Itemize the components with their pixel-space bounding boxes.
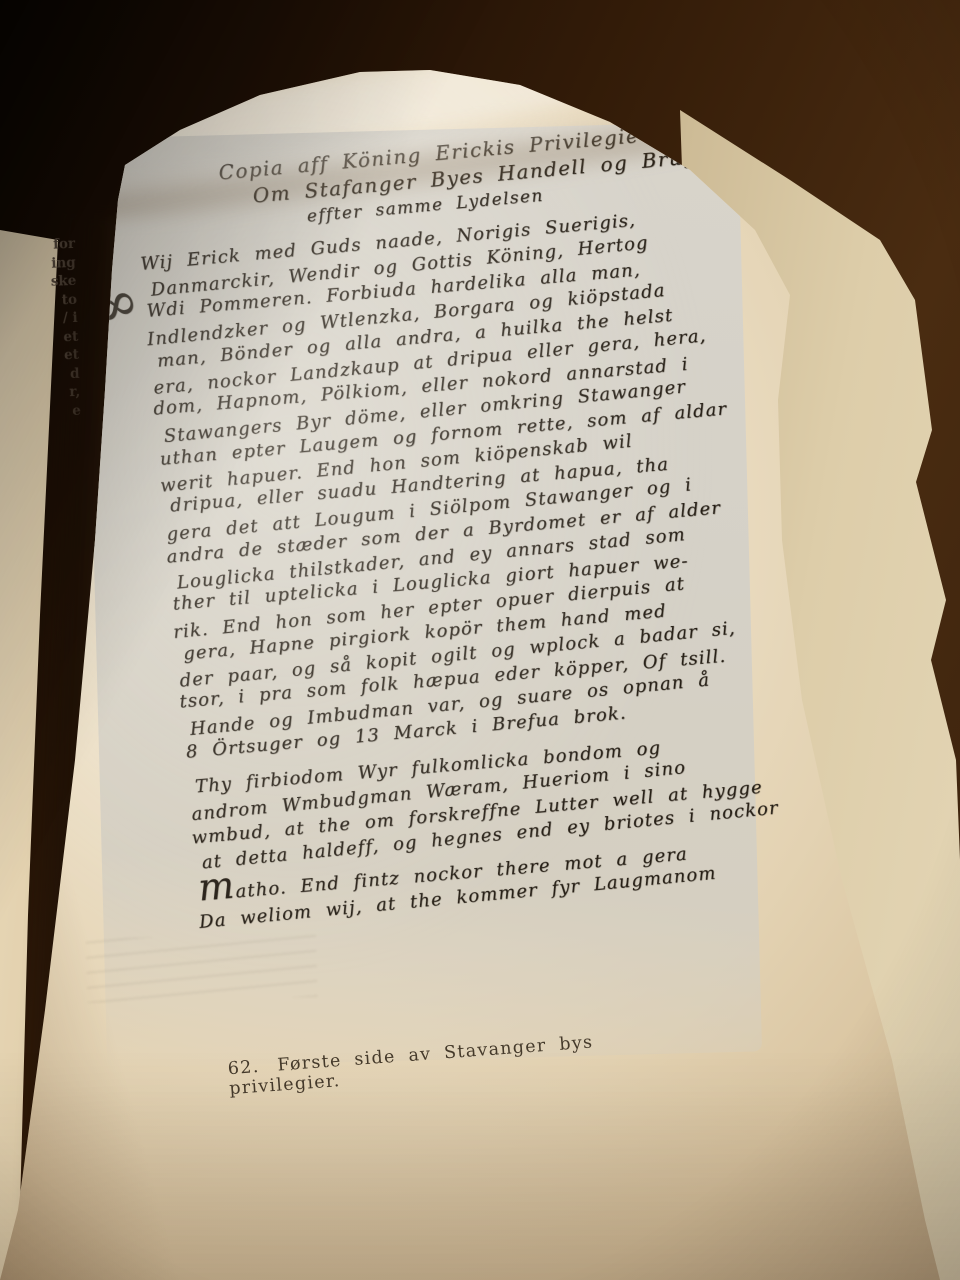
book-photo: foringsketo/ ietetdr,e Copia aff Köning … — [0, 0, 960, 1280]
caption-number: 62. — [227, 1057, 260, 1079]
pencil-smudge — [86, 933, 318, 1003]
manuscript-body: ∞ Wij Erick med Guds naade, Norigis Suer… — [139, 201, 776, 933]
facsimile-plate: Copia aff Köning Erickis PrivilegieOm St… — [83, 122, 762, 1069]
manuscript-text: Copia aff Köning Erickis PrivilegieOm St… — [132, 116, 777, 934]
